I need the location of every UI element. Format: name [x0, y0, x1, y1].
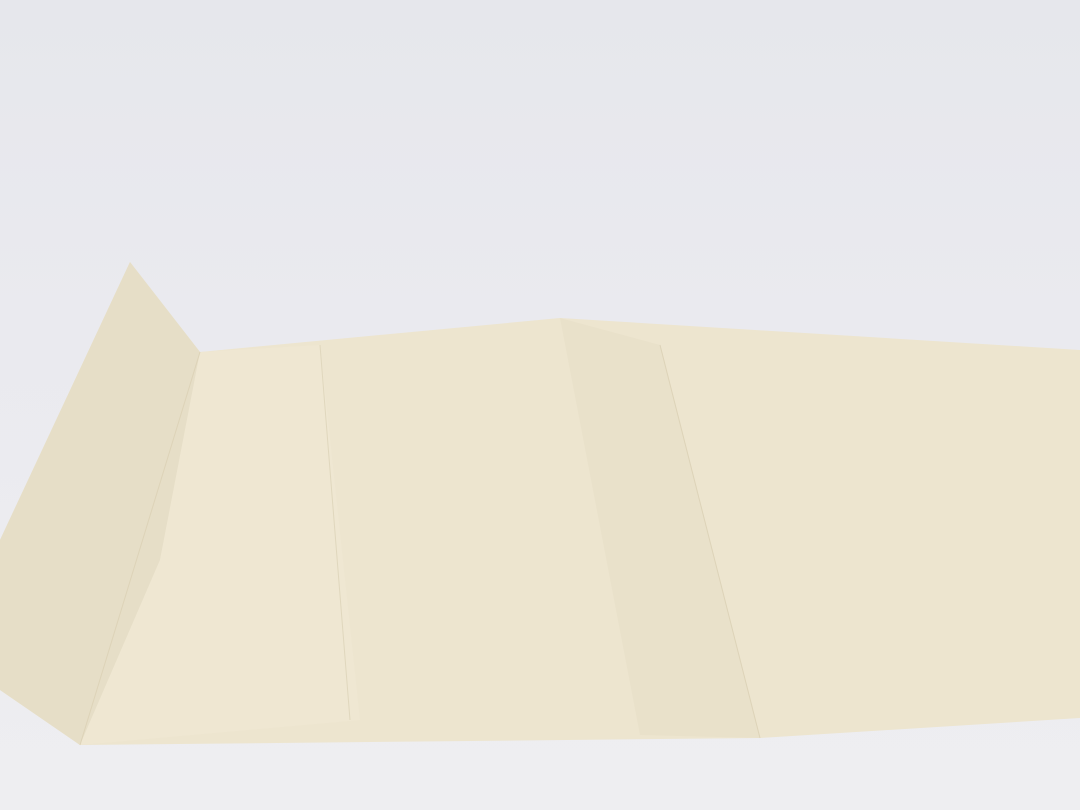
- folded-paper-document: [0, 0, 1080, 810]
